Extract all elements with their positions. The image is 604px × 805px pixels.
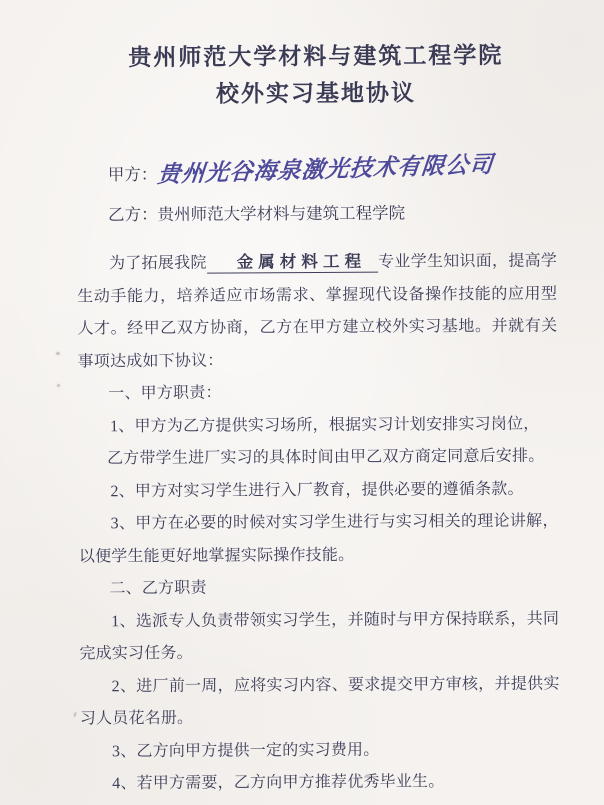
section-2-item-3: 3、乙方向甲方提供一定的实习费用。 [80, 733, 560, 768]
intro-before-blank: 为了拓展我院 [109, 255, 207, 273]
intro-paragraph: 为了拓展我院金属材料工程专业学生知识面，提高学生动手能力，培养适应市场需求、掌握… [77, 245, 558, 379]
scan-speck [57, 384, 60, 387]
document-title: 贵州师范大学材料与建筑工程学院 校外实习基地协议 [76, 37, 556, 114]
scanned-agreement-page: 贵州师范大学材料与建筑工程学院 校外实习基地协议 甲方：贵州光谷海泉激光技术有限… [0, 0, 604, 805]
parties-block: 甲方：贵州光谷海泉激光技术有限公司 乙方：贵州师范大学材料与建筑工程学院 [76, 151, 556, 236]
party-a-line: 甲方：贵州光谷海泉激光技术有限公司 [76, 151, 556, 196]
party-b-name: 贵州师范大学材料与建筑工程学院 [158, 203, 406, 224]
section-1-heading: 一、甲方职责： [78, 376, 558, 411]
scan-speck [73, 712, 77, 717]
party-a-handwritten-name: 贵州光谷海泉激光技术有限公司 [156, 145, 496, 195]
agreement-body: 为了拓展我院金属材料工程专业学生知识面，提高学生动手能力，培养适应市场需求、掌握… [77, 245, 560, 801]
party-b-label: 乙方： [108, 205, 158, 224]
party-a-label: 甲方： [108, 165, 158, 184]
section-1-item-1: 1、甲方为乙方提供实习场所，根据实习计划安排实习岗位， [78, 408, 558, 443]
section-1-item-1-continuation: 乙方带学生进厂实习的具体时间由甲乙双方商定同意后安排。 [78, 441, 558, 476]
filled-blank-underline: 金属材料工程 [207, 254, 379, 274]
blank-filled-value: 金属材料工程 [237, 252, 367, 272]
section-2-item-4: 4、若甲方需要，乙方向甲方推荐优秀毕业生。 [80, 766, 560, 801]
section-2-item-2: 2、进厂前一周，应将实习内容、要求提交甲方审核，并提供实习人员花名册。 [80, 668, 560, 736]
title-line-2: 校外实习基地协议 [216, 80, 416, 106]
scan-speck [56, 352, 60, 355]
section-2-item-1: 1、选派专人负责带领实习学生，并随时与甲方保持联系，共同完成实习任务。 [79, 603, 559, 671]
party-b-line: 乙方：贵州师范大学材料与建筑工程学院 [77, 193, 557, 236]
title-line-1: 贵州师范大学材料与建筑工程学院 [128, 43, 503, 70]
section-2-heading: 二、乙方职责 [79, 571, 559, 606]
section-1-item-3: 3、甲方在必要的时候对实习学生进行与实习相关的理论讲解，以便学生能更好地掌握实际… [79, 506, 559, 574]
document-content: 贵州师范大学材料与建筑工程学院 校外实习基地协议 甲方：贵州光谷海泉激光技术有限… [76, 37, 561, 801]
section-1-item-2: 2、甲方对实习学生进行入厂教育，提供必要的遵循条款。 [78, 473, 558, 508]
